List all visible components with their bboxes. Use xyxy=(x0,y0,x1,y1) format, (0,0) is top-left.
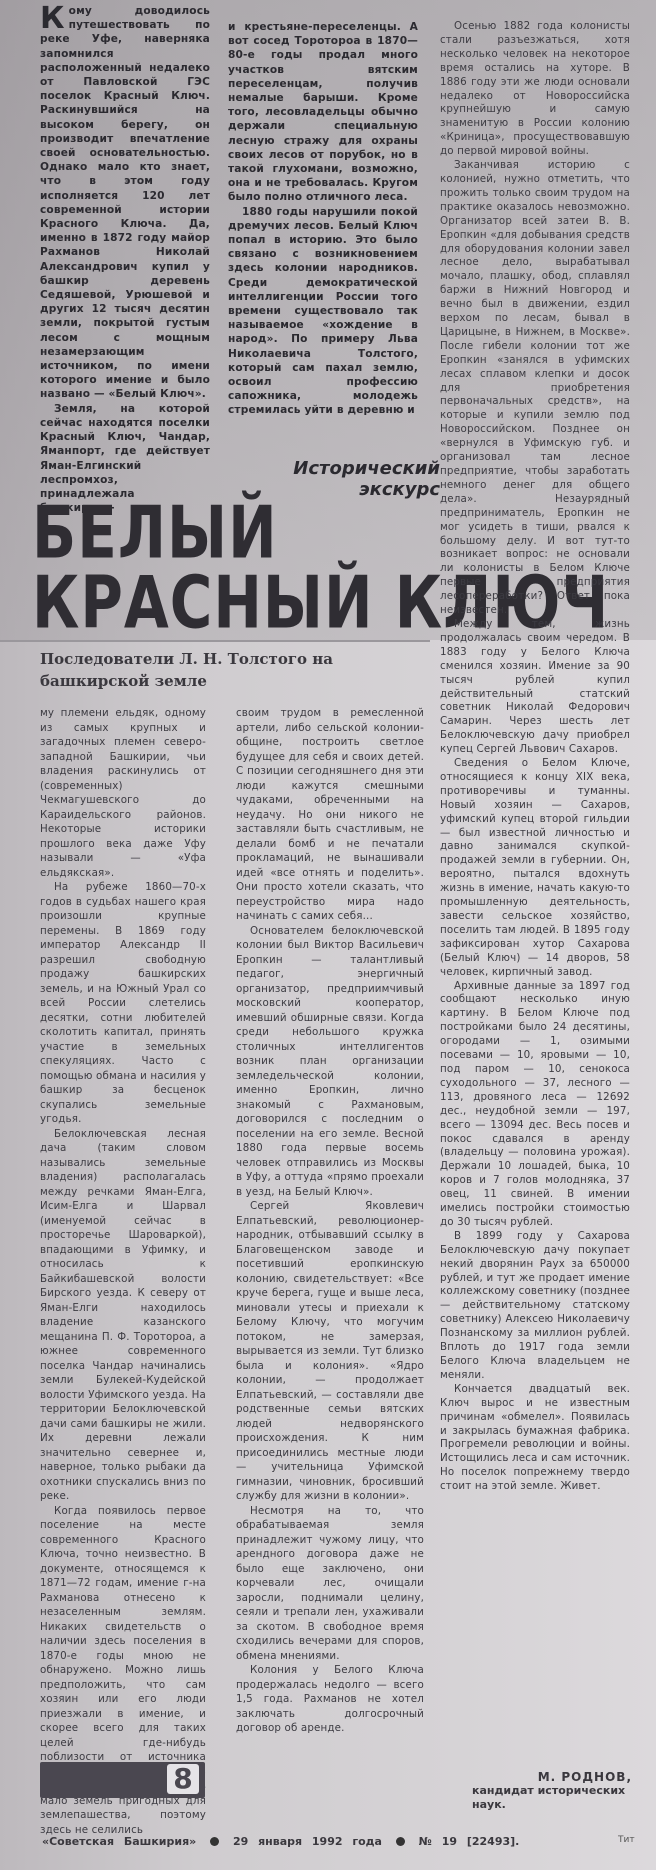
issue-number: № 19 [22493]. xyxy=(419,1835,520,1848)
page-number: 8 xyxy=(167,1764,199,1794)
paragraph: На рубеже 1860—70-х годов в судьбах наше… xyxy=(40,880,206,1127)
bottom-column-1: му племени ельдяк, одному из самых крупн… xyxy=(40,706,206,1837)
paragraph: Несмотря на то, что обрабатываемая земля… xyxy=(236,1504,424,1664)
printer-mark: Тит xyxy=(618,1835,635,1845)
newspaper-name: «Советская Башкирия» xyxy=(42,1835,196,1848)
subheadline: Последователи Л. Н. Толстого на башкирск… xyxy=(40,648,430,692)
paragraph: Основателем белоключевской колонии был В… xyxy=(236,924,424,1200)
paragraph: Кончается двадцатый век. Ключ вырос и не… xyxy=(440,1383,630,1494)
paragraph: Архивные данные за 1897 год сообщают нес… xyxy=(440,980,630,1230)
lead-paragraph: Кому доводилось путешествовать по реке У… xyxy=(40,4,210,402)
author-title: кандидат исторических наук. xyxy=(462,1784,632,1812)
newspaper-page: Кому доводилось путешествовать по реке У… xyxy=(0,0,656,1870)
paragraph: Заканчивая историю с колонией, нужно отм… xyxy=(440,159,630,618)
newspaper-footer: «Советская Башкирия» 29 января 1992 года… xyxy=(42,1835,519,1848)
right-column: Осенью 1882 года колонисты стали разъезж… xyxy=(440,20,630,1494)
top-column-2: и крестьяне-переселенцы. А вот сосед Тор… xyxy=(228,20,418,418)
paragraph: В 1899 году у Сахарова Белоключевскую да… xyxy=(440,1230,630,1383)
paragraph: Осенью 1882 года колонисты стали разъезж… xyxy=(440,20,630,159)
paragraph: своим трудом в ремесленной артели, либо … xyxy=(236,706,424,924)
bullet-icon xyxy=(396,1837,405,1846)
paragraph: му племени ельдяк, одному из самых крупн… xyxy=(40,706,206,880)
page-number-bar: 8 xyxy=(40,1762,205,1798)
top-column-1: Кому доводилось путешествовать по реке У… xyxy=(40,4,210,515)
paragraph: Между тем, жизнь продолжалась своим чере… xyxy=(440,618,630,757)
paragraph: Белоключевская лесная дача (таким словом… xyxy=(40,1127,206,1504)
issue-date: 29 января 1992 года xyxy=(233,1835,382,1848)
paragraph: Колония у Белого Ключа продержалась недо… xyxy=(236,1663,424,1736)
bullet-icon xyxy=(210,1837,219,1846)
author-signature: М. РОДНОВ, кандидат исторических наук. xyxy=(462,1770,632,1812)
paragraph: Сергей Яковлевич Елпатьевский, революцио… xyxy=(236,1199,424,1504)
drop-cap: К xyxy=(40,6,65,32)
author-name: М. РОДНОВ, xyxy=(462,1770,632,1784)
section-divider xyxy=(0,640,430,642)
bottom-column-2: своим трудом в ремесленной артели, либо … xyxy=(236,706,424,1736)
paragraph: Сведения о Белом Ключе, относящиеся к ко… xyxy=(440,757,630,980)
paragraph: и крестьяне-переселенцы. А вот сосед Тор… xyxy=(228,20,418,205)
paragraph: 1880 годы нарушили покой дремучих лесов.… xyxy=(228,205,418,418)
